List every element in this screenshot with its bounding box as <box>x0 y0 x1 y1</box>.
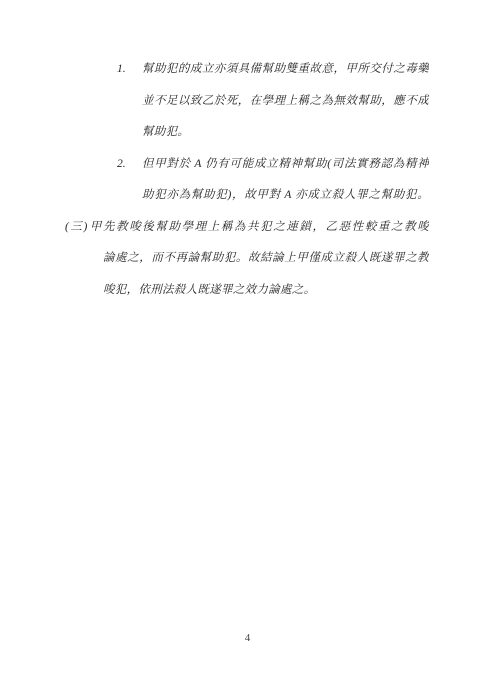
list-item-2-text: 但甲對於 A 仍有可能成立精神幫助(司法實務認為精神幫 助犯亦為幫助犯)，故甲對… <box>142 149 429 212</box>
text-line: (三)甲先教唆後幫助學理上稱為共犯之連鎖，乙惡性較重之教唆 <box>65 212 429 244</box>
list-item-1: 1. 幫助犯的成立亦須具備幫助雙重故意，甲所交付之毒藥 並不足以致乙於死，在學理… <box>117 54 429 149</box>
text-line: 論處之，而不再論幫助犯。故結論上甲僅成立殺人既遂罪之教 <box>65 243 429 275</box>
list-item-1-text: 幫助犯的成立亦須具備幫助雙重故意，甲所交付之毒藥 並不足以致乙於死，在學理上稱之… <box>142 54 429 149</box>
text-line: 幫助犯的成立亦須具備幫助雙重故意，甲所交付之毒藥 <box>142 54 429 86</box>
list-item-2-marker: 2. <box>117 149 142 181</box>
text-line: 助犯亦為幫助犯)，故甲對 A 亦成立殺人罪之幫助犯。 <box>142 180 429 212</box>
page-number: 4 <box>0 632 495 644</box>
section-3-first-line: 甲先教唆後幫助學理上稱為共犯之連鎖，乙惡性較重之教唆 <box>89 221 429 233</box>
section-paragraph-3: (三)甲先教唆後幫助學理上稱為共犯之連鎖，乙惡性較重之教唆 論處之，而不再論幫助… <box>65 212 429 307</box>
text-line: 但甲對於 A 仍有可能成立精神幫助(司法實務認為精神幫 <box>142 149 429 181</box>
list-item-1-marker: 1. <box>117 54 142 86</box>
list-item-2: 2. 但甲對於 A 仍有可能成立精神幫助(司法實務認為精神幫 助犯亦為幫助犯)，… <box>117 149 429 212</box>
document-content: 1. 幫助犯的成立亦須具備幫助雙重故意，甲所交付之毒藥 並不足以致乙於死，在學理… <box>65 54 429 306</box>
text-line: 並不足以致乙於死，在學理上稱之為無效幫助，應不成立 <box>142 86 429 118</box>
section-3-marker: (三) <box>65 221 88 233</box>
text-line: 唆犯，依刑法殺人既遂罪之效力論處之。 <box>65 275 429 307</box>
document-page: 1. 幫助犯的成立亦須具備幫助雙重故意，甲所交付之毒藥 並不足以致乙於死，在學理… <box>0 0 495 700</box>
text-line: 幫助犯。 <box>142 117 429 149</box>
